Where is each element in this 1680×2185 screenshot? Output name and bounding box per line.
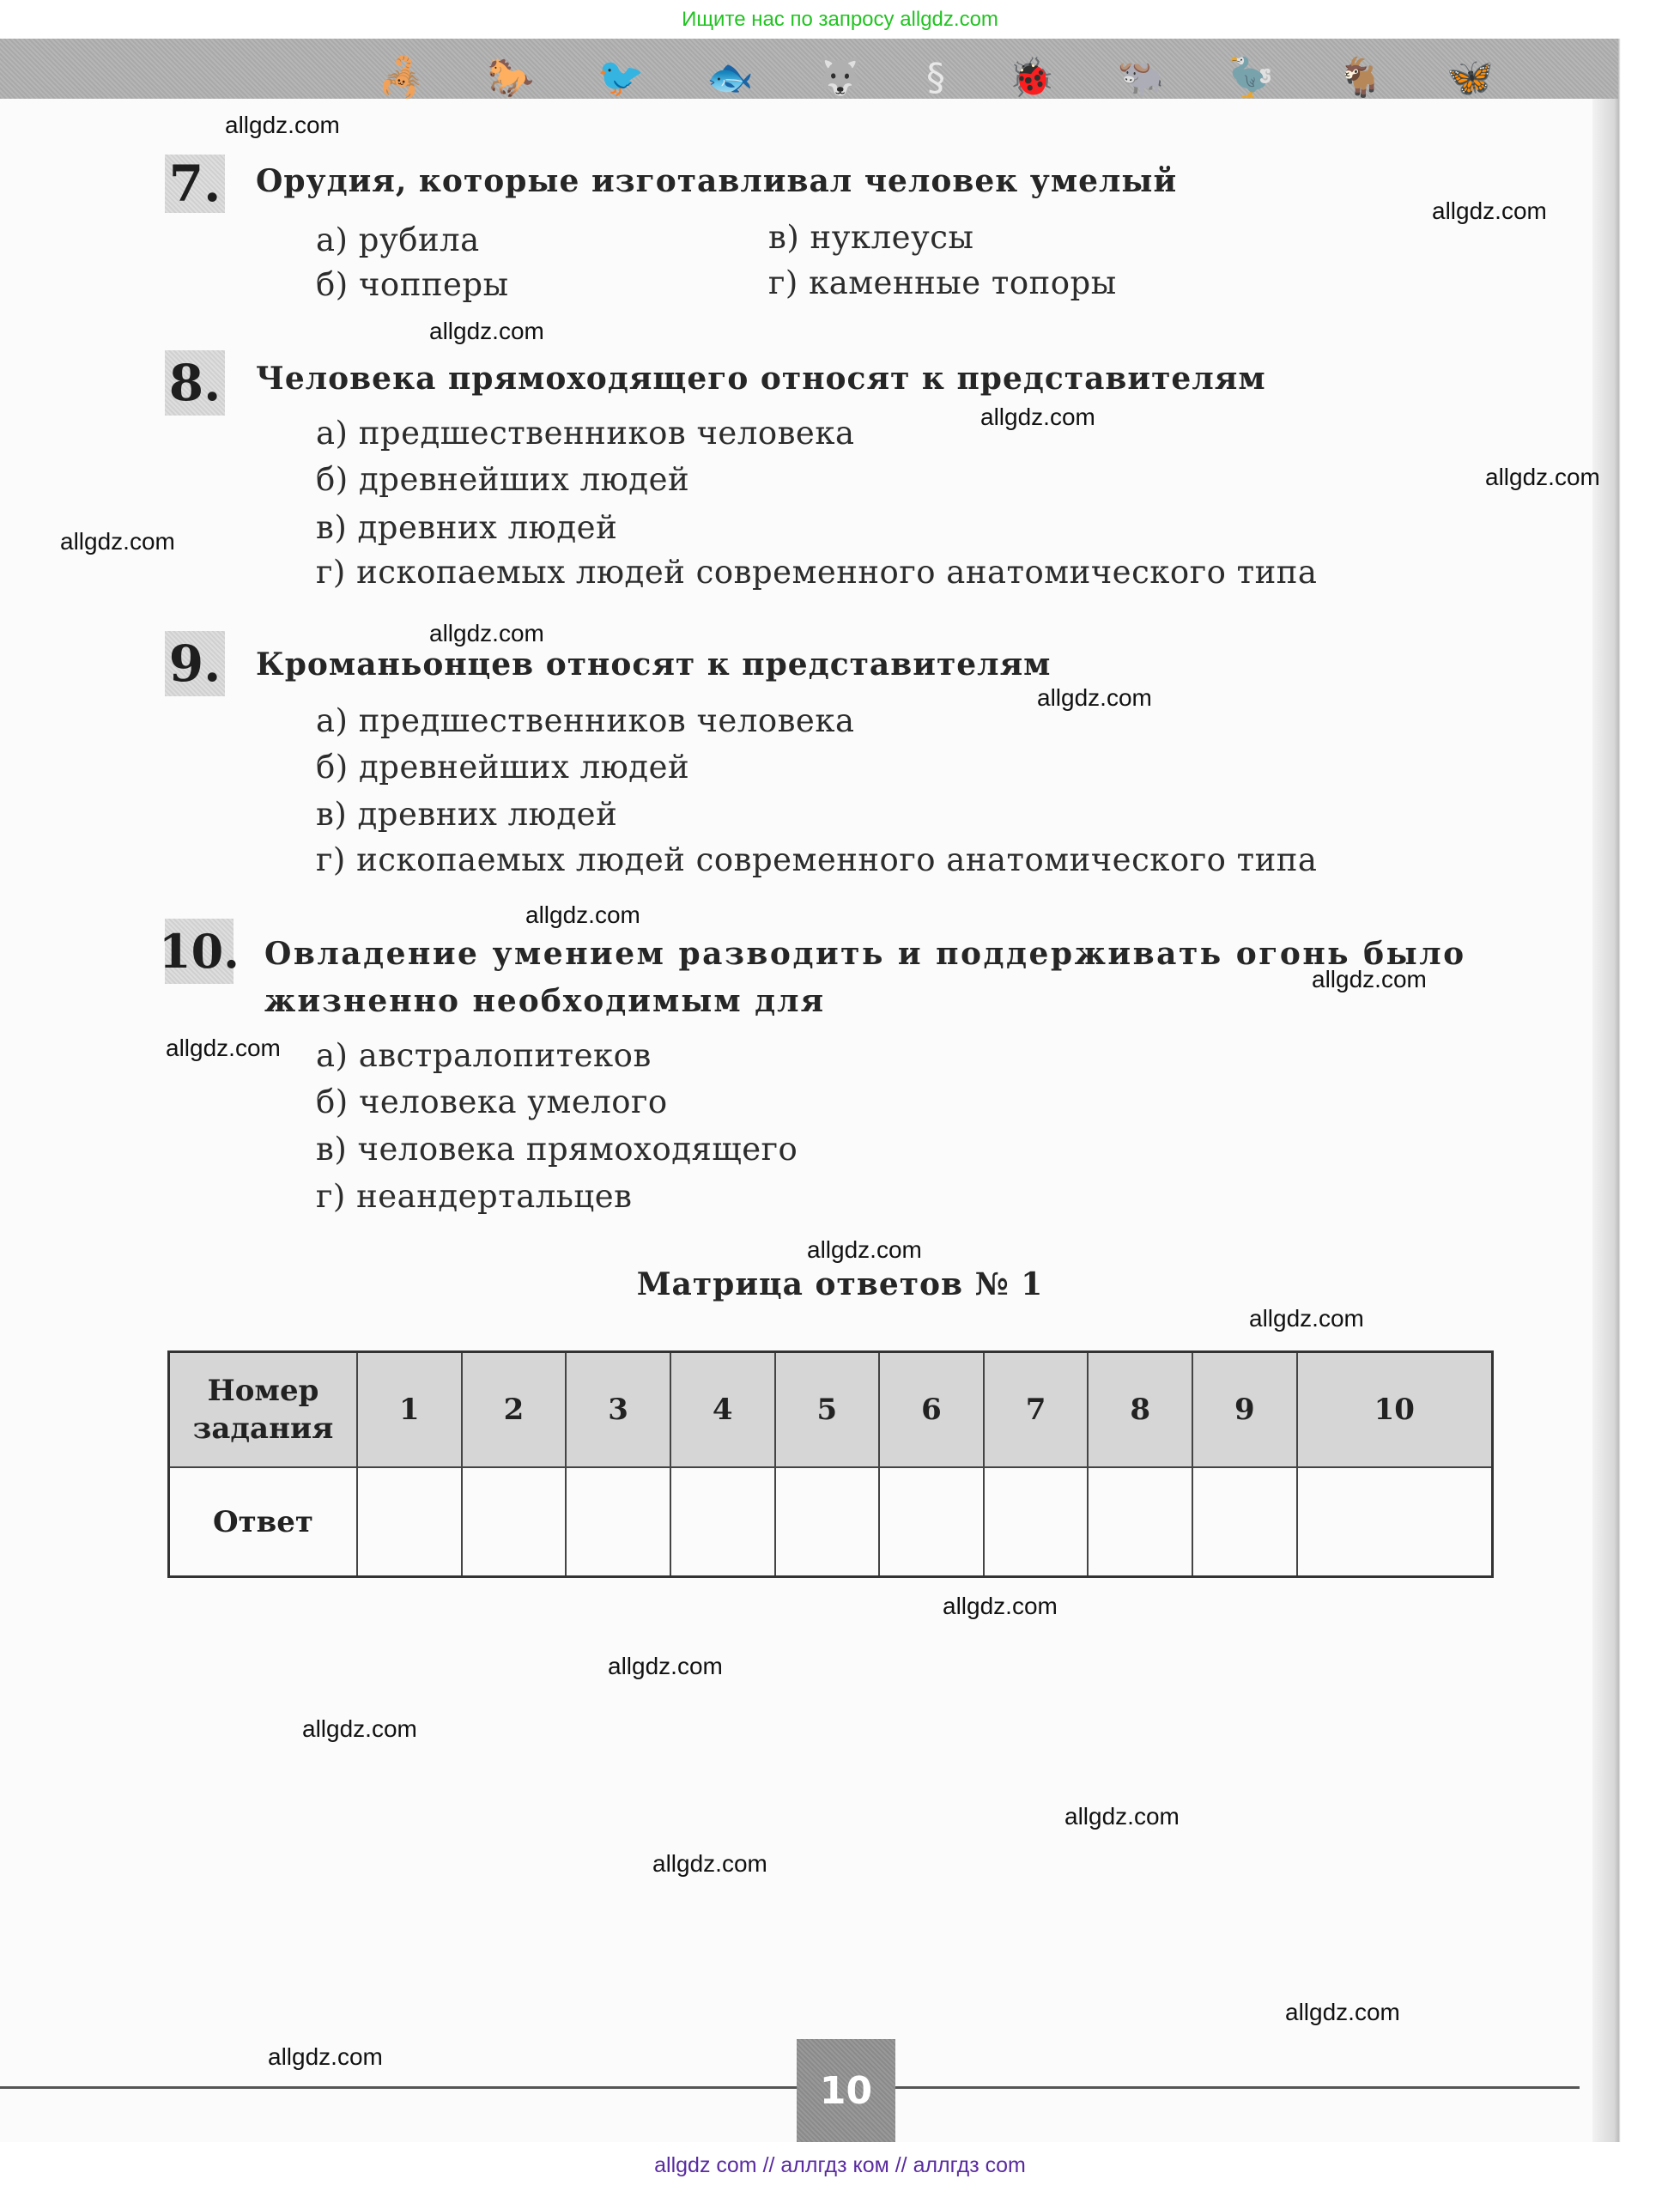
option-7b: б) чопперы xyxy=(316,266,509,303)
top-banner[interactable]: Ищите нас по запросу allgdz.com xyxy=(0,0,1680,39)
answer-cell-8[interactable] xyxy=(1088,1467,1192,1577)
matrix-column-2: 2 xyxy=(462,1352,567,1468)
watermark: allgdz.com xyxy=(1037,684,1152,712)
watermark: allgdz.com xyxy=(1312,966,1427,993)
watermark: allgdz.com xyxy=(943,1593,1058,1620)
question-title-9: Кроманьонцев относят к представителям xyxy=(256,646,1051,683)
page-edge xyxy=(1592,39,1680,2142)
option-8a: а) предшественников человека xyxy=(316,415,855,452)
watermark: allgdz.com xyxy=(1249,1305,1364,1332)
question-number-7: 7. xyxy=(165,155,225,213)
fish-icon: 🐟 xyxy=(707,55,754,100)
watermark: allgdz.com xyxy=(1064,1803,1180,1830)
ostrich-icon: 🦤 xyxy=(1228,55,1275,100)
watermark: allgdz.com xyxy=(429,318,544,345)
wolf-icon: 🐺 xyxy=(816,55,864,100)
beetle-icon: 🐞 xyxy=(1008,55,1055,100)
header-animal-silhouettes: 🦂 🐎 🐦 🐟 🐺 § 🐞 🐃 🦤 🐐 🦋 xyxy=(378,52,1494,100)
question-number-10: 10. xyxy=(165,919,234,984)
watermark: allgdz.com xyxy=(1432,197,1547,225)
bottom-banner[interactable]: allgdz com // аллгдз ком // аллгдз com xyxy=(0,2146,1680,2185)
question-number-9: 9. xyxy=(165,631,225,696)
butterfly-icon: 🦋 xyxy=(1446,55,1494,100)
answer-cell-1[interactable] xyxy=(357,1467,462,1577)
watermark: allgdz.com xyxy=(525,901,640,929)
matrix-column-1: 1 xyxy=(357,1352,462,1468)
matrix-header-label: Номерзадания xyxy=(169,1352,358,1468)
answer-cell-10[interactable] xyxy=(1297,1467,1493,1577)
answer-cell-7[interactable] xyxy=(984,1467,1089,1577)
answer-cell-2[interactable] xyxy=(462,1467,567,1577)
option-9b: б) древнейших людей xyxy=(316,749,689,786)
option-9v: в) древних людей xyxy=(316,796,617,833)
matrix-column-8: 8 xyxy=(1088,1352,1192,1468)
option-9g: г) ископаемых людей современного анатоми… xyxy=(316,841,1317,878)
matrix-column-7: 7 xyxy=(984,1352,1089,1468)
scorpion-icon: 🦂 xyxy=(378,55,425,100)
matrix-column-9: 9 xyxy=(1192,1352,1297,1468)
question-title-7: Орудия, которые изготавливал человек уме… xyxy=(256,163,1177,199)
watermark: allgdz.com xyxy=(60,528,175,555)
option-10v: в) человека прямоходящего xyxy=(316,1131,798,1168)
matrix-answer-row: Ответ xyxy=(169,1467,1493,1577)
watermark: allgdz.com xyxy=(166,1035,281,1062)
matrix-header-row: Номерзадания 1 2 3 4 5 6 7 8 9 10 xyxy=(169,1352,1493,1468)
seahorse-icon: § xyxy=(926,56,945,100)
option-9a: а) предшественников человека xyxy=(316,702,855,739)
watermark: allgdz.com xyxy=(608,1653,723,1680)
watermark: allgdz.com xyxy=(1285,1999,1400,2026)
answer-cell-3[interactable] xyxy=(566,1467,670,1577)
option-10a: а) австралопитеков xyxy=(316,1037,652,1074)
option-10g: г) неандертальцев xyxy=(316,1178,632,1215)
goat-icon: 🐐 xyxy=(1337,55,1384,100)
watermark: allgdz.com xyxy=(980,404,1095,431)
option-8g: г) ископаемых людей современного анатоми… xyxy=(316,554,1317,591)
option-7a: а) рубила xyxy=(316,222,480,258)
option-7v: в) нуклеусы xyxy=(768,219,973,256)
watermark: allgdz.com xyxy=(652,1850,767,1878)
matrix-column-6: 6 xyxy=(879,1352,984,1468)
watermark: allgdz.com xyxy=(1485,464,1600,491)
watermark: allgdz.com xyxy=(268,2043,383,2071)
matrix-column-5: 5 xyxy=(775,1352,880,1468)
watermark: allgdz.com xyxy=(429,620,544,647)
bird-icon: 🐦 xyxy=(597,55,645,100)
answer-cell-9[interactable] xyxy=(1192,1467,1297,1577)
answer-cell-5[interactable] xyxy=(775,1467,880,1577)
option-8v: в) древних людей xyxy=(316,509,617,546)
option-8b: б) древнейших людей xyxy=(316,461,689,498)
matrix-answer-label: Ответ xyxy=(169,1467,358,1577)
question-number-8: 8. xyxy=(165,350,225,416)
answer-matrix: Номерзадания 1 2 3 4 5 6 7 8 9 10 Ответ xyxy=(167,1350,1494,1578)
footer-line xyxy=(0,2086,1580,2089)
matrix-column-3: 3 xyxy=(566,1352,670,1468)
question-title-10-line2: жизненно необходимым для xyxy=(264,983,825,1019)
bison-icon: 🐃 xyxy=(1118,55,1165,100)
matrix-column-10: 10 xyxy=(1297,1352,1493,1468)
watermark: allgdz.com xyxy=(302,1715,417,1743)
matrix-column-4: 4 xyxy=(670,1352,775,1468)
matrix-title: Матрица ответов № 1 xyxy=(0,1266,1680,1302)
option-10b: б) человека умелого xyxy=(316,1083,668,1120)
horse-icon: 🐎 xyxy=(488,55,535,100)
question-title-10-line1: Овладение умением разводить и поддержива… xyxy=(264,936,1466,972)
answer-cell-6[interactable] xyxy=(879,1467,984,1577)
watermark: allgdz.com xyxy=(225,112,340,139)
watermark: allgdz.com xyxy=(807,1236,922,1264)
question-title-8: Человека прямоходящего относят к предста… xyxy=(256,361,1266,397)
answer-cell-4[interactable] xyxy=(670,1467,775,1577)
workbook-page xyxy=(0,39,1618,2142)
page-number: 10 xyxy=(797,2039,895,2142)
option-7g: г) каменные топоры xyxy=(768,264,1117,301)
